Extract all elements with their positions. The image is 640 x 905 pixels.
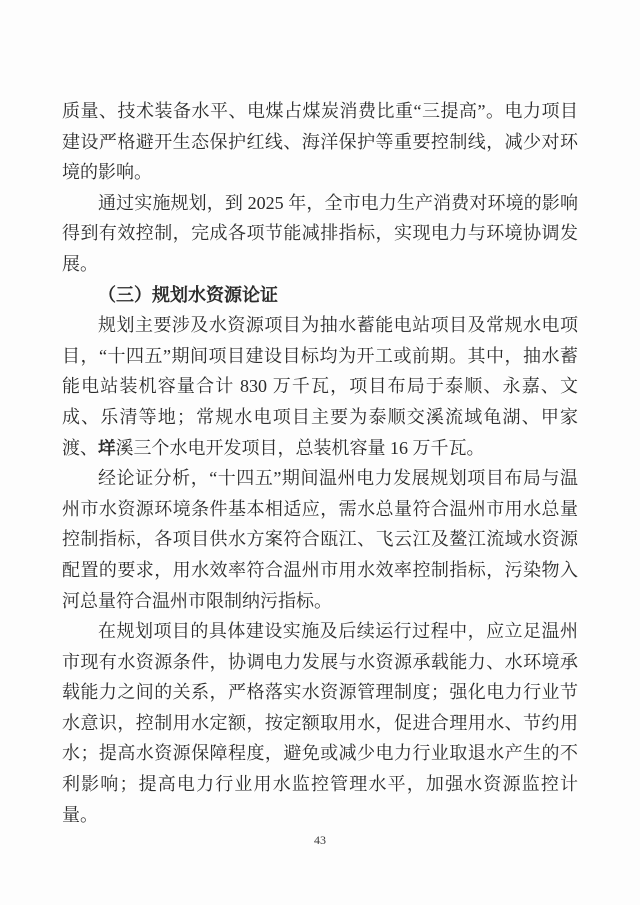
paragraph-demonstration-analysis: 经论证分析，“十四五”期间温州电力发展规划项目布局与温州市水资源环境条件基本相适… xyxy=(62,463,578,616)
text-segment-before: 规划主要涉及水资源项目为抽水蓄能电站项目及常规水电项目，“十四五”期间项目建设目… xyxy=(62,315,578,457)
paragraph-hydro-projects: 规划主要涉及水资源项目为抽水蓄能电站项目及常规水电项目，“十四五”期间项目建设目… xyxy=(62,310,578,463)
paragraph-three-increases: 质量、技术装备水平、电煤占煤炭消费比重“三提高”。电力项目建设严格避开生态保护红… xyxy=(62,96,578,188)
bold-fallback-char: 垟 xyxy=(98,438,116,458)
document-body: 质量、技术装备水平、电煤占煤炭消费比重“三提高”。电力项目建设严格避开生态保护红… xyxy=(62,96,578,830)
paragraph-2025-environment-goal: 通过实施规划，到 2025 年，全市电力生产消费对环境的影响得到有效控制，完成各… xyxy=(62,188,578,280)
text-segment-after: 溪三个水电开发项目，总装机容量 16 万千瓦。 xyxy=(116,438,485,458)
paragraph-implementation-requirements: 在规划项目的具体建设实施及后续运行过程中，应立足温州市现有水资源条件，协调电力发… xyxy=(62,616,578,830)
section-heading-water-resources: （三）规划水资源论证 xyxy=(62,280,578,311)
page-number: 43 xyxy=(0,833,640,848)
